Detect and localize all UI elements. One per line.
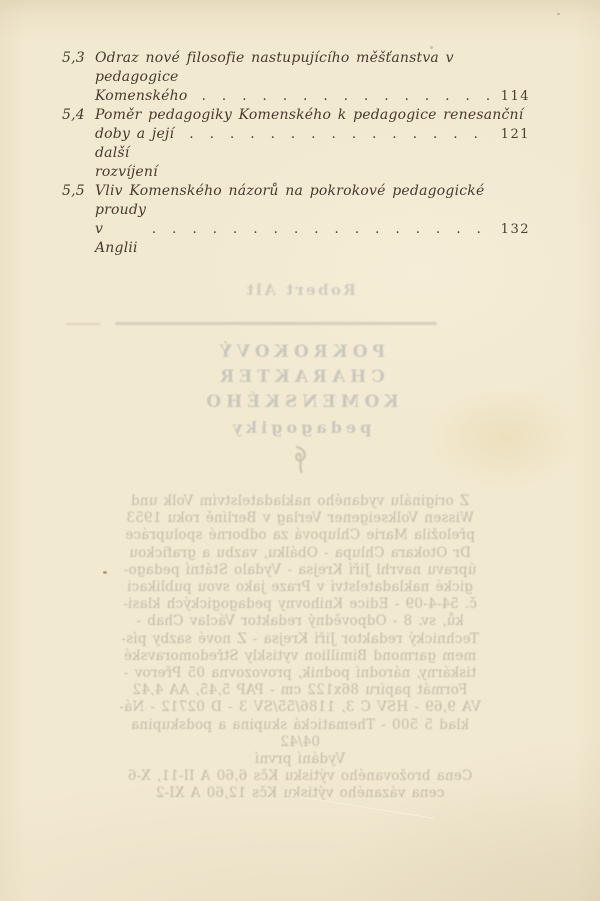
toc-entry-number: 5,3 <box>62 49 95 87</box>
toc-entry: 5,5 Vliv Komenského názorů na pokrokové … <box>62 182 530 258</box>
dot-leader: . . . . . . . . . . . . . . . . . . . . … <box>202 87 493 106</box>
toc-entry-title: Poměr pedagogiky Komenského k pedagogice… <box>95 106 523 125</box>
showthrough-title: POKROKOVÝ CHARAKTER KOMENSKÉHO pedagogik… <box>0 340 600 440</box>
showthrough-title-line: pedagogiky <box>0 415 600 440</box>
showthrough-colophon: Z originálu vydaného nakladatelstvím Vol… <box>110 493 490 803</box>
showthrough-author: Robert Alt <box>0 281 600 299</box>
toc-entry-number: 5,4 <box>62 106 95 125</box>
book-page-scan: 5,3 Odraz nové filosofie nastupujícího m… <box>0 0 600 901</box>
paper-speck <box>103 571 107 574</box>
showthrough-title-line: CHARAKTER <box>0 365 600 390</box>
toc-entry-title: Odraz nové filosofie nastupujícího měšťa… <box>95 49 530 87</box>
toc-page-number: 114 <box>500 87 530 106</box>
toc-entry-title-continued: v Anglii <box>95 220 138 258</box>
toc-page-number: 121 <box>500 125 530 144</box>
toc-entry: 5,3 Odraz nové filosofie nastupujícího m… <box>62 49 530 106</box>
showthrough-title-line: POKROKOVÝ <box>0 340 600 365</box>
paper-speck <box>557 13 560 15</box>
dot-leader: . . . . . . . . . . . . . . . . . . . . … <box>189 125 492 144</box>
toc-entry-number: 5,5 <box>62 182 95 220</box>
toc-page-number: 132 <box>500 220 530 239</box>
paper-crease <box>286 794 434 818</box>
dot-leader: . . . . . . . . . . . . . . . . . . . . … <box>152 220 492 239</box>
showthrough-title-line: KOMENSKÉHO <box>0 390 600 415</box>
table-of-contents: 5,3 Odraz nové filosofie nastupujícího m… <box>62 49 530 258</box>
paper-speck <box>430 46 433 49</box>
toc-entry: 5,4 Poměr pedagogiky Komenského k pedago… <box>62 106 530 182</box>
toc-entry-title: Vliv Komenského názorů na pokrokové peda… <box>95 182 530 220</box>
fleuron-ornament-icon <box>0 445 600 473</box>
showthrough-rule-dash <box>66 323 100 325</box>
toc-entry-title-continued: doby a její další rozvíjení <box>95 125 175 182</box>
showthrough-rule <box>115 322 437 325</box>
toc-entry-title-continued: Komenského <box>95 87 188 106</box>
